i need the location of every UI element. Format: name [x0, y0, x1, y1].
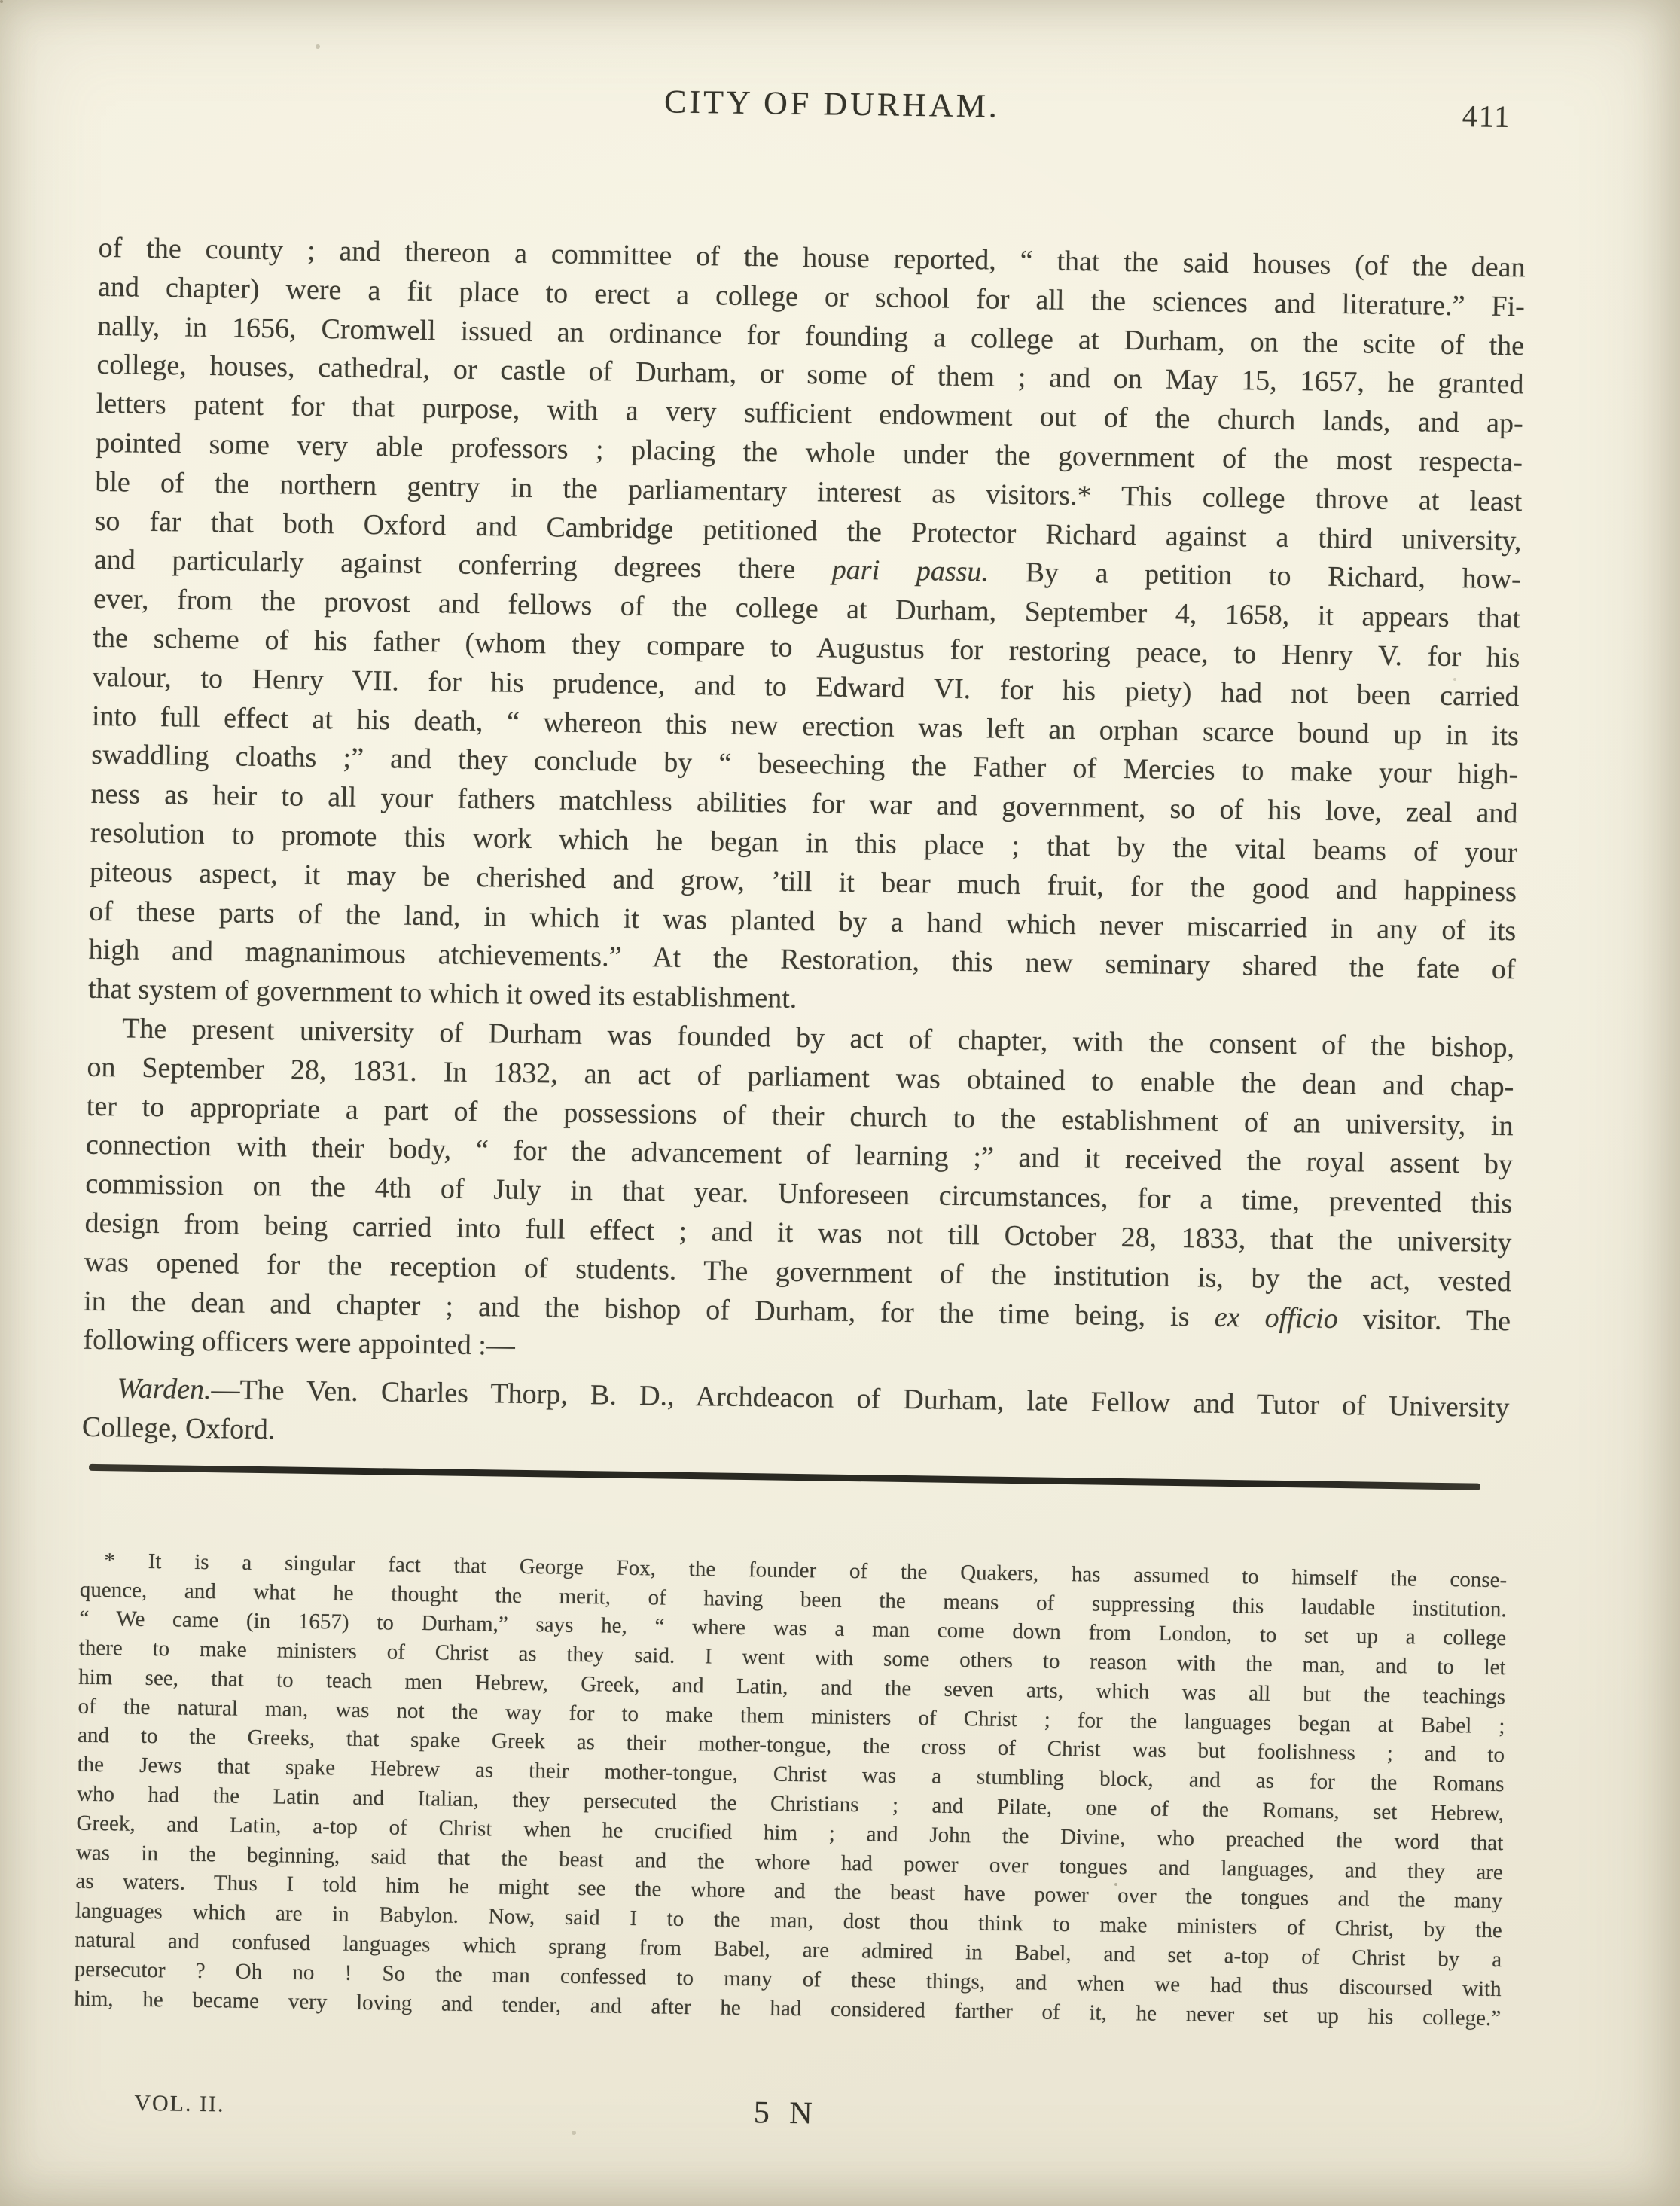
body-text: of the county ; and thereon a committee …	[81, 229, 1525, 1467]
page-number: 411	[1462, 98, 1511, 134]
paragraph-college-history: of the county ; and thereon a committee …	[88, 229, 1526, 1029]
running-title: CITY OF DURHAM.	[136, 75, 1528, 133]
page-content: CITY OF DURHAM. 411 of the county ; and …	[72, 75, 1528, 2143]
paragraph-university-founding: The present university of Durham was fou…	[83, 1009, 1514, 1381]
footnote-rule	[89, 1464, 1480, 1490]
page-footer: VOL. II. 5 N	[72, 2085, 1500, 2143]
page-header: CITY OF DURHAM. 411	[100, 75, 1528, 139]
scanned-book-page: CITY OF DURHAM. 411 of the county ; and …	[0, 0, 1680, 2206]
footnote-george-fox: * It is a singular fact that George Fox,…	[74, 1545, 1507, 2033]
paragraph-warden: Warden.—The Ven. Charles Thorp, B. D., A…	[81, 1369, 1509, 1467]
paper-specks	[0, 0, 3, 3]
printer-signature: 5 N	[72, 2085, 1499, 2141]
